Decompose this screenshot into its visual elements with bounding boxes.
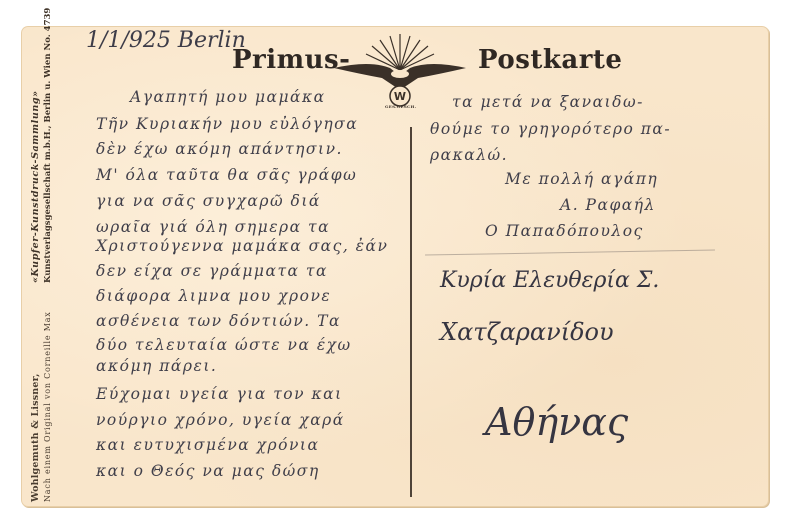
handwritten-date: 1/1/925 Berlin xyxy=(86,28,246,53)
address-city: Αθήνας xyxy=(485,400,628,444)
message-line: ακόμη πάρει. xyxy=(96,357,217,375)
address-recipient: Κυρία Ελευθερία Σ. xyxy=(440,268,659,293)
message-line: και ευτυχισμένα χρόνια xyxy=(96,436,319,454)
message-line: διάφορα λιμνα μου χρονε xyxy=(96,287,331,305)
message-line: νούργιο χρόνο, υγεία χαρά xyxy=(96,411,345,429)
message-line: τα μετά να ξαναιδω- xyxy=(452,93,644,111)
address-surname: Χατζαρανίδου xyxy=(440,318,614,346)
signature-name: Ο Παπαδόπουλος xyxy=(485,222,644,240)
message-line: ρακαλώ. xyxy=(430,146,508,164)
center-divider xyxy=(410,127,412,497)
logo-caption: GES.GESCH. xyxy=(385,104,416,109)
winged-sunburst-emblem-icon: W xyxy=(330,30,470,110)
message-line: ασθένεια των δόντιών. Τα xyxy=(96,312,341,330)
message-line: Με πολλή αγάπη xyxy=(505,170,658,188)
publisher-line: Wohlgemuth & Lissner, xyxy=(30,373,41,502)
message-line: δεν είχα σε γράμματα τα xyxy=(96,262,328,280)
original-credit: Nach einem Original von Corneille Max xyxy=(43,311,52,502)
series-label: «Kupfer-Kunstdruck-Sammlung» xyxy=(30,90,41,283)
message-line: θούμε το γρηγορότερο πα- xyxy=(430,120,671,138)
message-line: δὲν έχω ακόμη απάντησιν. xyxy=(96,140,343,158)
svg-text:W: W xyxy=(394,90,406,103)
title-postkarte: Postkarte xyxy=(478,45,622,75)
message-line: Χριστούγεννα μαμάκα σας, ἐάν xyxy=(96,237,388,255)
message-line: και ο Θεός να μας δώση xyxy=(96,462,320,480)
message-line: Εύχομαι υγεία για τον και xyxy=(96,385,343,403)
publisher-number: Kunstverlagsgesellschaft m.b.H., Berlin … xyxy=(43,8,53,283)
message-line: Αγαπητή μου μαμάκα xyxy=(130,88,326,106)
message-line: δύο τελευταία ώστε να έχω xyxy=(96,336,352,354)
message-line: Μ' όλα ταῦτα θα σᾶς γράφω xyxy=(96,166,357,184)
message-line: Τῆν Κυριακήν μου εὐλόγησα xyxy=(96,115,358,133)
message-line: ωραῖα γιά όλη σημερα τα xyxy=(96,218,330,236)
message-line: για να σᾶς συγχαρῶ διά xyxy=(96,192,321,210)
signature-line: Α. Ραφαήλ xyxy=(560,196,656,214)
